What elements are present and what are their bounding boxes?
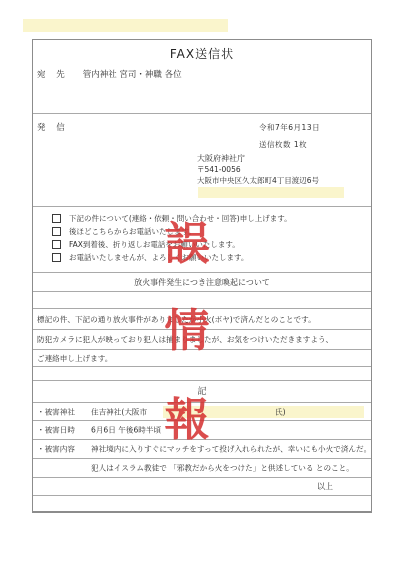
fax-document-page: FAX送信状 宛 先管内神社 宮司・神職 各位 発 信 令和7年6月13日 送信… [0, 0, 400, 565]
checkbox-icon [52, 227, 61, 236]
detail-label: ・被害神社 [37, 407, 75, 416]
recipient-label: 宛 先 [37, 70, 69, 80]
sender-label: 発 信 [37, 123, 69, 133]
empty-row [33, 367, 371, 381]
fax-date: 令和7年6月13日 [259, 123, 320, 132]
checkbox-option-label: FAX到着後、折り返しお電話をお願いいたします。 [69, 240, 240, 249]
subject-line: 放火事件発生につき注意喚起について [33, 273, 371, 292]
redaction-highlight-top [23, 19, 228, 32]
checkbox-icon [52, 214, 61, 223]
misinformation-stamp-char-3: 報 [160, 397, 214, 442]
detail-value: 犯人はイスラム教徒で 「邪教だから火をつけた」と供述している とのこと。 [91, 463, 354, 472]
detail-value: 住吉神社(大阪市 [91, 407, 147, 416]
document-title: FAX送信状 [33, 47, 371, 61]
recipient-value: 管内神社 宮司・神職 各位 [83, 70, 182, 80]
recipient-line: 宛 先管内神社 宮司・神職 各位 [37, 70, 182, 80]
detail-suffix: 氏) [275, 407, 286, 416]
sender-address: 大阪市中央区久太郎町4丁目渡辺6号 [197, 176, 319, 185]
redaction-highlight-sender [198, 187, 344, 198]
header-section: FAX送信状 宛 先管内神社 宮司・神職 各位 [33, 40, 371, 114]
checkbox-option-label: お電話いたしませんが、よろしくお願いいたします。 [69, 253, 248, 262]
misinformation-stamp-char-2: 情 [160, 308, 214, 353]
checkbox-icon [52, 253, 61, 262]
detail-value: 6月6日 午後6時半頃 [91, 425, 161, 434]
detail-label: ・被害内容 [37, 444, 75, 453]
sender-organization: 大阪府神社庁 [197, 154, 245, 164]
sender-postal-code: 〒541-0056 [197, 165, 241, 174]
detail-value: 神社境内に入りすぐにマッチをすって投げ入れられたが、幸いにも小火で済んだ。 [91, 444, 371, 453]
detail-label: ・被害日時 [37, 425, 75, 434]
checkbox-icon [52, 240, 61, 249]
closing-mark: 以上 [33, 478, 371, 496]
misinformation-stamp-char-1: 誤 [160, 221, 214, 266]
empty-row [33, 496, 371, 512]
detail-row-description-cont: 犯人はイスラム教徒で 「邪教だから火をつけた」と供述している とのこと。 [33, 459, 371, 478]
page-count: 送信枚数 1枚 [259, 140, 307, 149]
sender-section: 発 信 令和7年6月13日 送信枚数 1枚 大阪府神社庁 〒541-0056 大… [33, 114, 371, 207]
